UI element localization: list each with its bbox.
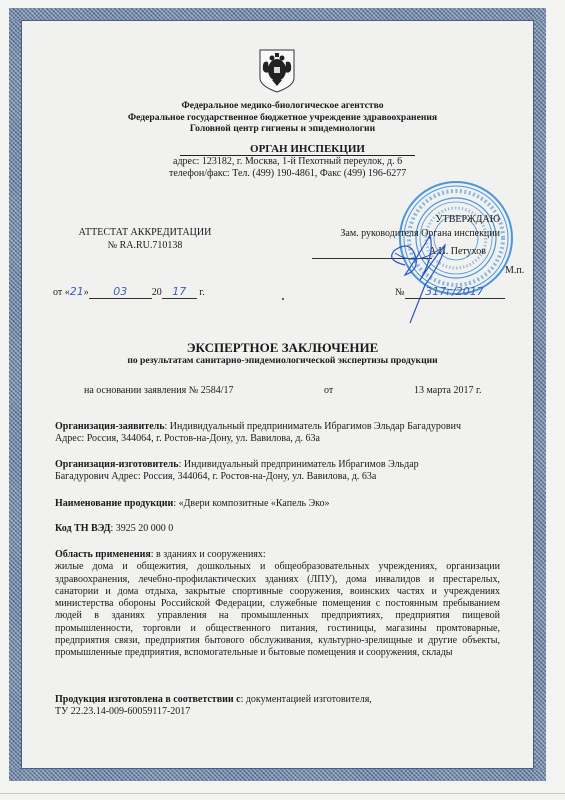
scope-label: Область применения [55,549,151,560]
accreditation-number: № RA.RU.710138 [60,239,230,252]
issue-date: от «21»032017 г. [53,285,205,299]
scope-section: Область применения: в зданиях и сооружен… [55,549,500,660]
document-number: №317г/2017 [395,285,505,299]
scope-value: : в зданиях и сооружениях: [151,549,266,560]
date-year: 17 [162,285,197,299]
inspection-body-title: ОРГАН ИНСПЕКЦИИ [180,143,415,156]
tnved-label: Код ТН ВЭД [55,523,110,534]
accreditation-label: АТТЕСТАТ АККРЕДИТАЦИИ [60,226,230,239]
number-value: 317г/2017 [405,285,505,299]
date-month: 03 [89,285,152,299]
tnved-value: : 3925 20 000 0 [110,523,173,534]
inspection-phone: телефон/факс: Тел. (499) 190-4861, Факс … [150,168,565,180]
basis-from: от [324,385,333,396]
date-suffix: г. [199,287,204,298]
application-basis: на основании заявления № 2584/17 от 13 м… [84,385,234,396]
date-century: 20 [152,287,162,298]
compliance-value: : документацией изготовителя, [241,694,372,705]
document-title: ЭКСПЕРТНОЕ ЗАКЛЮЧЕНИЕ [0,340,565,356]
applicant-address: Адрес: Россия, 344064, г. Ростов-на-Дону… [55,433,320,444]
inspection-body-contacts: адрес: 123182, г. Москва, 1-й Пехотный п… [150,156,565,180]
accreditation-certificate: АТТЕСТАТ АККРЕДИТАЦИИ № RA.RU.710138 [60,226,230,252]
organization-header: Федеральное медико-биологическое агентст… [0,100,565,135]
date-day: 21 [70,285,84,298]
russian-coat-of-arms-icon [257,48,297,94]
application-number: на основании заявления № 2584/17 [84,385,234,396]
application-date: 13 марта 2017 г. [414,385,481,396]
applicant-label: Организация-заявитель [55,421,165,432]
handwritten-signature [365,205,475,325]
center-name: Головной центр гигиены и эпидемиологии [0,123,565,135]
institution-name: Федеральное государственное бюджетное уч… [0,112,565,124]
scan-edge-line [0,793,565,794]
product-section: Наименование продукции: «Двери композитн… [55,498,500,510]
date-prefix: от « [53,287,70,298]
product-value: : «Двери композитные «Капель Эко» [173,498,329,509]
inspection-address: адрес: 123182, г. Москва, 1-й Пехотный п… [150,156,565,168]
scan-speck [282,298,284,300]
compliance-section: Продукция изготовлена в соответствии с: … [55,694,500,719]
manufacturer-section: Организация-изготовитель: Индивидуальный… [55,459,455,484]
seal-place-mark: М.п. [505,265,524,276]
agency-name: Федеральное медико-биологическое агентст… [0,100,565,112]
number-label: № [395,287,405,298]
compliance-label: Продукция изготовлена в соответствии с [55,694,241,705]
scope-details: жилые дома и общежития, дошкольных и общ… [55,561,500,659]
compliance-spec: ТУ 22.23.14-009-60059117-2017 [55,706,190,717]
applicant-section: Организация-заявитель: Индивидуальный пр… [55,421,500,446]
product-label: Наименование продукции [55,498,173,509]
document-subtitle: по результатам санитарно-эпидемиологичес… [0,355,565,366]
tnved-section: Код ТН ВЭД: 3925 20 000 0 [55,523,500,535]
applicant-value: : Индивидуальный предприниматель Ибрагим… [165,421,461,432]
manufacturer-label: Организация-изготовитель [55,459,179,470]
